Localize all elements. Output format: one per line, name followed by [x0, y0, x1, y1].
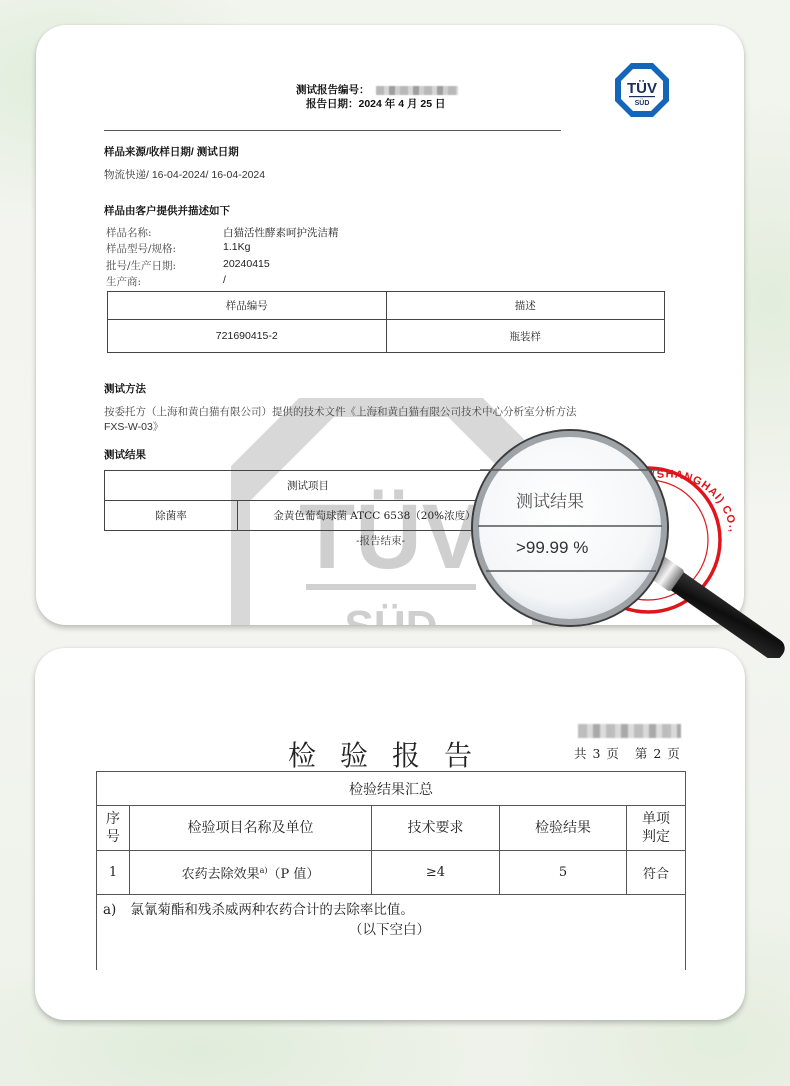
inspection-report-title: 检验报告 [288, 734, 496, 774]
manufacturer-label: 生产商: [106, 274, 141, 289]
source-section-title: 样品来源/收样日期/ 测试日期 [104, 144, 239, 159]
report-number-label: 测试报告编号： [296, 84, 370, 96]
svg-text:(SHANGHAI) CO.,: (SHANGHAI) CO., [651, 468, 738, 533]
inspection-result-table: 检验结果汇总 序号 检验项目名称及单位 技术要求 检验结果 单项判定 1 农药去… [96, 771, 686, 895]
header-divider [104, 130, 561, 131]
method-text-line2: FXS-W-03》 [104, 419, 163, 434]
header-seq: 序号 [97, 806, 130, 851]
sample-table: 样品编号 描述 721690415-2 瓶装样 [107, 291, 665, 353]
table-row: 1 农药去除效果a)（P 值） ≥4 5 符合 [97, 851, 686, 895]
cell-item: 农药去除效果a)（P 值） [130, 851, 372, 895]
sample-name-value: 白猫活性酵素呵护洗洁精 [223, 225, 339, 240]
table-summary-row: 检验结果汇总 [97, 772, 686, 806]
cell-sample-id: 721690415-2 [108, 320, 387, 353]
cell-description: 瓶装样 [386, 320, 665, 353]
result-section-title: 测试结果 [104, 447, 146, 462]
svg-text:SÜD: SÜD [635, 98, 650, 107]
sample-section-title: 样品由客户提供并描述如下 [104, 203, 230, 218]
sample-model-label: 样品型号/规格: [106, 241, 176, 256]
summary-title: 检验结果汇总 [97, 772, 686, 806]
source-section-value: 物流快递/ 16-04-2024/ 16-04-2024 [104, 167, 265, 182]
header-requirement: 技术要求 [372, 806, 500, 851]
test-report-card: TÜV SÜD 测试报告编号： 报告日期：2024 年 4 月 25 日 TÜV… [36, 25, 744, 625]
page-current: 第 2 页 [635, 746, 680, 761]
header-result: 检验结果 [500, 806, 627, 851]
svg-text:TÜV: TÜV [627, 80, 657, 97]
batch-label: 批号/生产日期: [106, 258, 176, 273]
header-item: 检验项目名称及单位 [130, 806, 372, 851]
svg-text:SÜD: SÜD [345, 602, 438, 625]
blank-below-note: （以下空白） [349, 918, 430, 938]
tuv-sud-logo-icon: TÜV SÜD [614, 62, 670, 118]
method-section-title: 测试方法 [104, 381, 146, 396]
sample-name-label: 样品名称: [106, 225, 152, 240]
report-date: 报告日期：2024 年 4 月 25 日 [306, 96, 445, 111]
report-number: 测试报告编号： [296, 82, 458, 97]
header-verdict: 单项判定 [627, 806, 686, 851]
page-total: 共 3 页 [574, 746, 619, 761]
report-number-redacted [376, 86, 458, 95]
manufacturer-value: / [223, 274, 226, 286]
header-test-item: 测试项目 [105, 471, 512, 501]
batch-value: 20240415 [223, 258, 270, 270]
inspection-report-number-redacted [578, 724, 681, 738]
table-row: 721690415-2 瓶装样 [108, 320, 665, 353]
report-end-note: -报告结束- [356, 533, 405, 548]
page-info: 共 3 页第 2 页 [574, 744, 680, 762]
method-text-line1: 按委托方（上海和黄白猫有限公司）提供的技术文件《上海和黄白猫有限公司技术中心分析… [104, 404, 577, 419]
cell-item-detail: 金黄色葡萄球菌 ATCC 6538（20%浓度） [238, 501, 512, 531]
table-header-row: 样品编号 描述 [108, 292, 665, 320]
magnified-result-value: >99.99 % [516, 538, 588, 558]
header-sample-id: 样品编号 [108, 292, 387, 320]
cell-item: 除菌率 [105, 501, 238, 531]
sample-model-value: 1.1Kg [223, 241, 250, 253]
footnote-area: a)氯氰菊酯和残杀威两种农药合计的去除率比值。 （以下空白） [96, 894, 686, 970]
cell-result: 5 [500, 851, 627, 895]
footnote: a)氯氰菊酯和残杀威两种农药合计的去除率比值。 [103, 898, 414, 918]
table-header-row: 序号 检验项目名称及单位 技术要求 检验结果 单项判定 [97, 806, 686, 851]
magnified-result-header: 测试结果 [516, 487, 584, 512]
cell-seq: 1 [97, 851, 130, 895]
cell-requirement: ≥4 [372, 851, 500, 895]
header-description: 描述 [386, 292, 665, 320]
cell-verdict: 符合 [627, 851, 686, 895]
